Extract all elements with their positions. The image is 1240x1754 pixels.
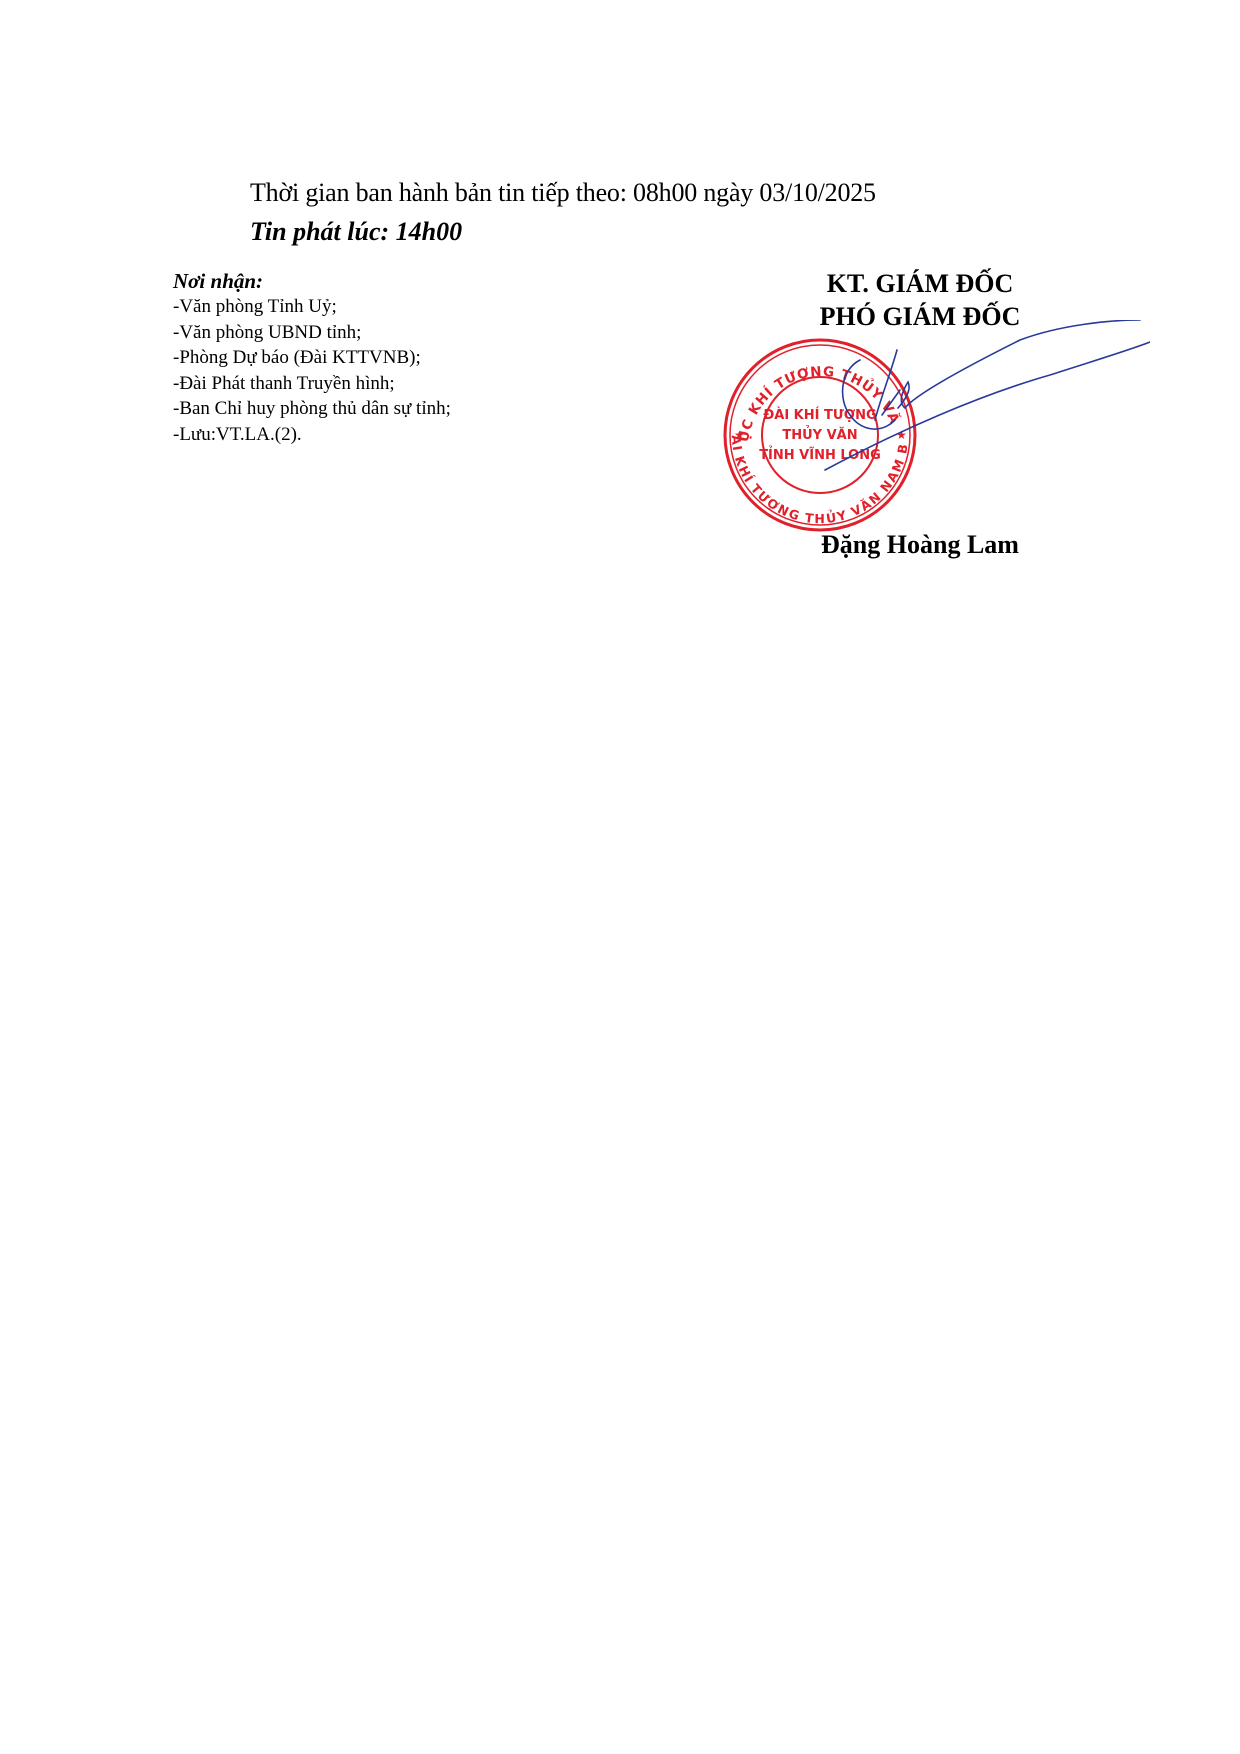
recipients-list: -Văn phòng Tỉnh Uỷ; -Văn phòng UBND tỉnh…: [173, 294, 451, 447]
recipients-section: Nơi nhận: -Văn phòng Tỉnh Uỷ; -Văn phòng…: [173, 268, 451, 447]
recipient-item: -Văn phòng Tỉnh Uỷ;: [173, 294, 451, 320]
signer-name: Đặng Hoàng Lam: [770, 529, 1070, 561]
recipient-item: -Phòng Dự báo (Đài KTTVNB);: [173, 345, 451, 371]
next-issue-time: Thời gian ban hành bản tin tiếp theo: 08…: [250, 176, 876, 210]
recipient-item: -Văn phòng UBND tỉnh;: [173, 320, 451, 346]
recipient-item: -Đài Phát thanh Truyền hình;: [173, 371, 451, 397]
recipient-item: -Ban Chỉ huy phòng thủ dân sự tỉnh;: [173, 396, 451, 422]
signer-title-primary: KT. GIÁM ĐỐC: [770, 267, 1070, 300]
svg-text:★: ★: [734, 428, 745, 442]
recipient-item: -Lưu:VT.LA.(2).: [173, 422, 451, 448]
handwritten-signature-icon: [820, 320, 1150, 490]
recipients-title: Nơi nhận:: [173, 268, 451, 294]
issued-at-time: Tin phát lúc: 14h00: [250, 215, 462, 249]
